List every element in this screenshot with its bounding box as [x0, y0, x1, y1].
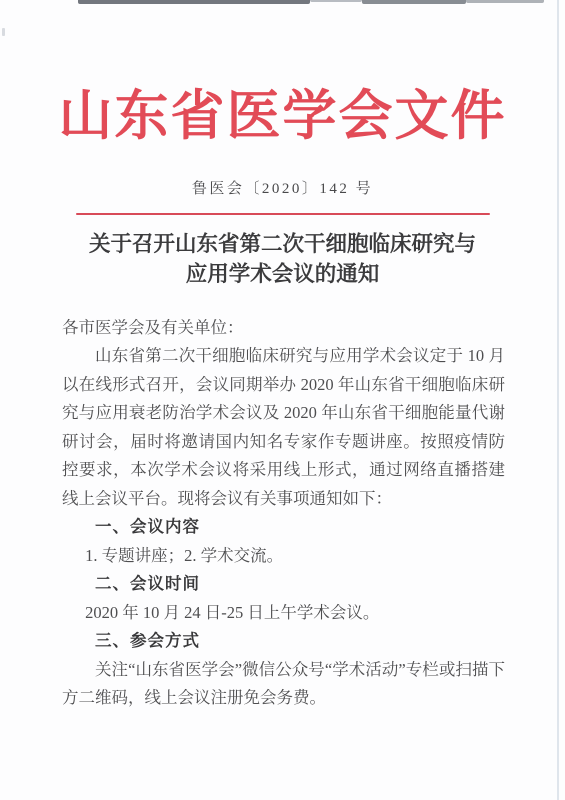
document-body: 各市医学会及有关单位： 山东省第二次干细胞临床研究与应用学术会议定于 10 月以… — [62, 314, 505, 713]
scan-smudge — [466, 0, 544, 3]
scan-smudge — [78, 0, 310, 4]
intro-paragraph: 山东省第二次干细胞临床研究与应用学术会议定于 10 月以在线形式召开，会议同期举… — [62, 342, 505, 513]
document-title-line1: 关于召开山东省第二次干细胞临床研究与 — [0, 229, 565, 259]
scan-artifact-left-mark — [2, 28, 5, 36]
letterhead-org-title: 山东省医学会文件 — [0, 0, 565, 149]
scan-artifact-right-edge — [557, 0, 559, 800]
section-2-content: 2020 年 10 月 24 日-25 日上午学术会议。 — [62, 599, 505, 628]
scanned-document-page: 山东省医学会文件 鲁医会〔2020〕142 号 关于召开山东省第二次干细胞临床研… — [0, 0, 565, 800]
document-title: 关于召开山东省第二次干细胞临床研究与 应用学术会议的通知 — [0, 229, 565, 289]
document-number: 鲁医会〔2020〕142 号 — [0, 177, 565, 198]
section-3-content: 关注“山东省医学会”微信公众号“学术活动”专栏或扫描下方二维码，线上会议注册免会… — [62, 656, 505, 713]
section-2-heading: 二、会议时间 — [62, 570, 505, 599]
section-1-content: 1. 专题讲座；2. 学术交流。 — [62, 542, 505, 571]
document-title-line2: 应用学术会议的通知 — [0, 259, 565, 289]
scan-smudge — [362, 0, 466, 4]
section-3-heading: 三、参会方式 — [62, 627, 505, 656]
scan-artifact-top — [0, 0, 565, 6]
section-1-heading: 一、会议内容 — [62, 513, 505, 542]
scan-smudge — [310, 0, 362, 2]
letterhead-divider-rule — [76, 213, 490, 215]
salutation: 各市医学会及有关单位： — [62, 314, 505, 343]
